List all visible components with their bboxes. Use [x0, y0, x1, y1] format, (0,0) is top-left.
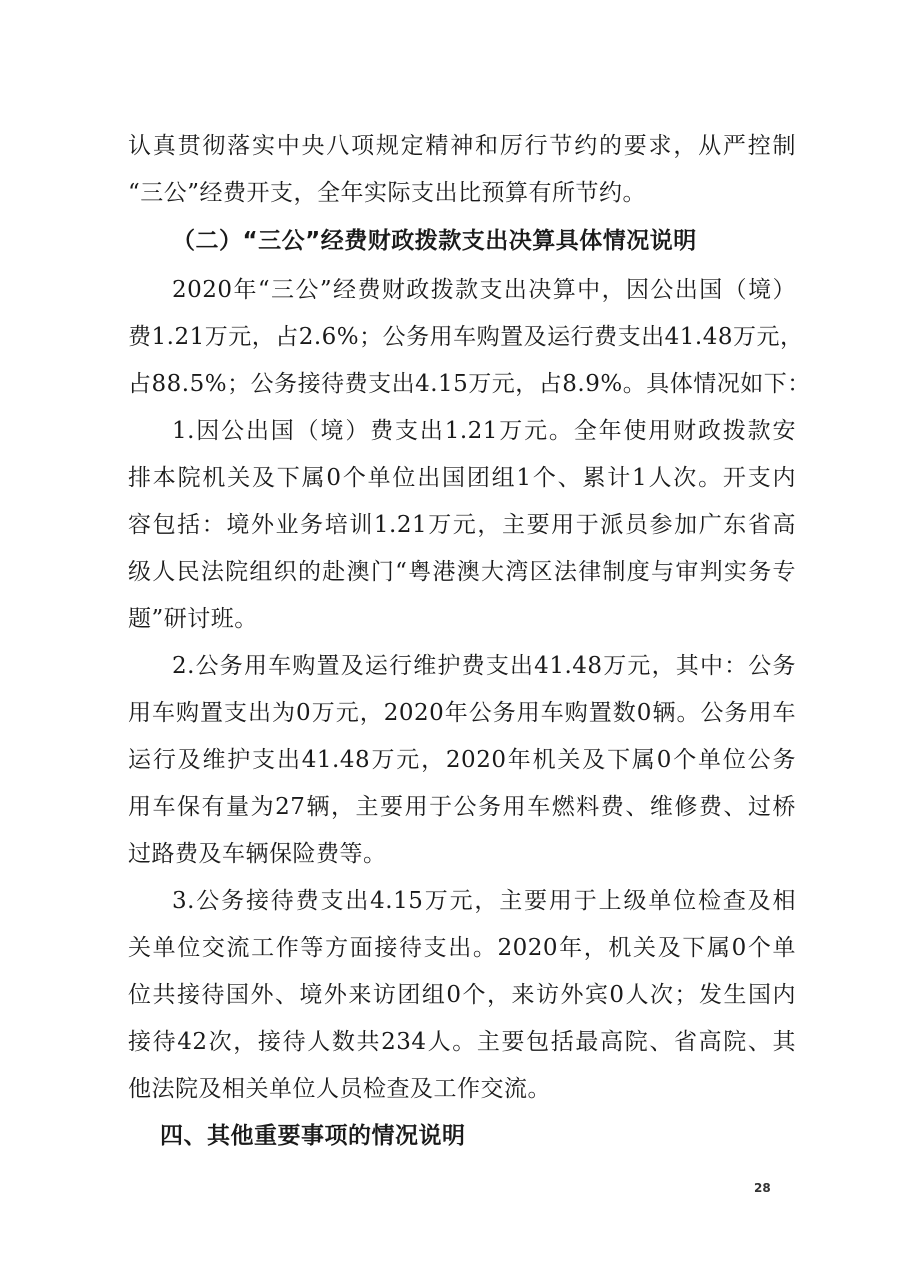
paragraph-line: 排本院机关及下属0个单位出国团组1个、累计1人次。开支内: [128, 463, 796, 493]
section-heading: 四、其他重要事项的情况说明: [160, 1121, 660, 1151]
paragraph-line: 认真贯彻落实中央八项规定精神和厉行节约的要求，从严控制: [128, 131, 796, 161]
paragraph-line: 他法院及相关单位人员检查及工作交流。: [128, 1074, 796, 1104]
paragraph-line: 容包括：境外业务培训1.21万元，主要用于派员参加广东省高: [128, 510, 796, 540]
paragraph-line: 题”研讨班。: [128, 604, 796, 634]
paragraph-line: 接待42次，接待人数共234人。主要包括最高院、省高院、其: [128, 1027, 796, 1057]
paragraph-line: 3.公务接待费支出4.15万元，主要用于上级单位检查及相: [172, 886, 796, 916]
paragraph-line: 关单位交流工作等方面接待支出。2020年，机关及下属0个单: [128, 933, 796, 963]
paragraph-line: 2020年“三公”经费财政拨款支出决算中，因公出国（境）: [172, 275, 796, 305]
paragraph-line: 过路费及车辆保险费等。: [128, 839, 796, 869]
page-number: 28: [754, 1181, 771, 1195]
paragraph-line: 用车购置支出为0万元，2020年公务用车购置数0辆。公务用车: [128, 698, 796, 728]
document-page: 认真贯彻落实中央八项规定精神和厉行节约的要求，从严控制 “三公”经费开支，全年实…: [0, 0, 899, 1283]
paragraph-line: 位共接待国外、境外来访团组0个，来访外宾0人次；发生国内: [128, 980, 796, 1010]
paragraph-line: “三公”经费开支，全年实际支出比预算有所节约。: [128, 178, 796, 208]
paragraph-line: 1.因公出国（境）费支出1.21万元。全年使用财政拨款安: [172, 416, 796, 446]
paragraph-line: 占88.5%；公务接待费支出4.15万元，占8.9%。具体情况如下：: [128, 369, 796, 399]
paragraph-line: 运行及维护支出41.48万元，2020年机关及下属0个单位公务: [128, 745, 796, 775]
paragraph-line: 费1.21万元，占2.6%；公务用车购置及运行费支出41.48万元，: [128, 322, 796, 352]
section-heading: （二）“三公”经费财政拨款支出决算具体情况说明: [172, 226, 792, 256]
paragraph-line: 2.公务用车购置及运行维护费支出41.48万元，其中：公务: [172, 651, 796, 681]
paragraph-line: 用车保有量为27辆，主要用于公务用车燃料费、维修费、过桥: [128, 792, 796, 822]
paragraph-line: 级人民法院组织的赴澳门“粤港澳大湾区法律制度与审判实务专: [128, 557, 796, 587]
